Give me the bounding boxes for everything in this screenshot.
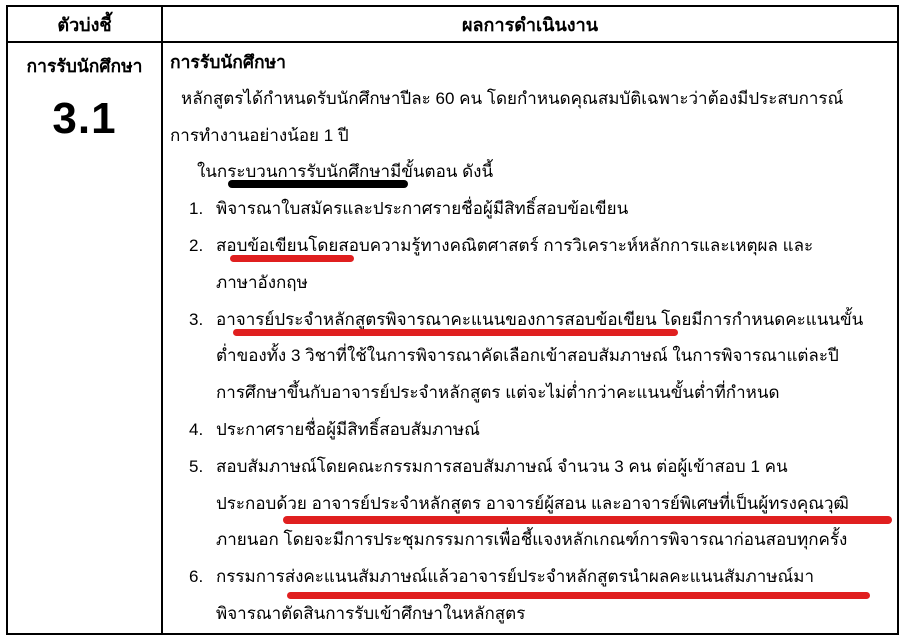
step-4-number: 4. <box>189 412 216 449</box>
step-2-number: 2. <box>189 228 216 265</box>
step-4: 4. ประกาศรายชื่อผู้มีสิทธิ์สอบสัมภาษณ์ <box>170 412 893 449</box>
step-6-text-line-1: กรรมการส่งคะแนนสัมภาษณ์แล้วอาจารย์ประจำห… <box>216 559 893 596</box>
black-marker-underline <box>228 180 408 188</box>
red-underline-step2 <box>230 255 354 262</box>
step-3-number: 3. <box>189 302 216 339</box>
step-6: 6. กรรมการส่งคะแนนสัมภาษณ์แล้วอาจารย์ประ… <box>170 559 893 596</box>
step-5: 5. สอบสัมภาษณ์โดยคณะกรรมการสอบสัมภาษณ์ จ… <box>170 449 893 486</box>
red-underline-step5 <box>283 516 892 524</box>
step-5-text-line-1: สอบสัมภาษณ์โดยคณะกรรมการสอบสัมภาษณ์ จำนว… <box>216 449 893 486</box>
indicator-cell: การรับนักศึกษา 3.1 <box>8 43 163 633</box>
step-6-number: 6. <box>189 559 216 596</box>
header-result-column: ผลการดำเนินงาน <box>163 7 897 41</box>
result-heading: การรับนักศึกษา <box>170 44 893 81</box>
result-cell: การรับนักศึกษา หลักสูตรได้กำหนดรับนักศึก… <box>163 43 897 633</box>
indicator-name: การรับนักศึกษา <box>8 52 161 80</box>
step-1-number: 1. <box>189 191 216 228</box>
table-body-row: การรับนักศึกษา 3.1 การรับนักศึกษา หลักสู… <box>8 43 897 633</box>
step-4-text: ประกาศรายชื่อผู้มีสิทธิ์สอบสัมภาษณ์ <box>216 412 893 449</box>
step-1: 1. พิจารณาใบสมัครและประกาศรายชื่อผู้มีสิ… <box>170 191 893 228</box>
step-5-text-line-3: ภายนอก โดยจะมีการประชุมกรรมการเพื่อชี้แจ… <box>170 522 893 559</box>
red-underline-step6 <box>287 592 870 599</box>
paragraph-line-2: การทำงานอย่างน้อย 1 ปี <box>170 118 893 155</box>
step-2-text-line-2: ภาษาอังกฤษ <box>170 265 893 302</box>
step-1-text: พิจารณาใบสมัครและประกาศรายชื่อผู้มีสิทธิ… <box>216 191 893 228</box>
indicator-number: 3.1 <box>8 94 161 144</box>
step-6-text-line-2: พิจารณาตัดสินการรับเข้าศึกษาในหลักสูตร <box>170 596 893 633</box>
indicator-result-table: ตัวบ่งชี้ ผลการดำเนินงาน การรับนักศึกษา … <box>6 5 899 635</box>
header-indicator-column: ตัวบ่งชี้ <box>8 7 163 41</box>
step-3-text-line-3: การศึกษาขึ้นกับอาจารย์ประจำหลักสูตร แต่จ… <box>170 375 893 412</box>
step-3-text-line-2: ต่ำของทั้ง 3 วิชาที่ใช้ในการพิจารณาคัดเล… <box>170 338 893 375</box>
paragraph-line-1: หลักสูตรได้กำหนดรับนักศึกษาปีละ 60 คน โด… <box>170 81 893 118</box>
step-5-number: 5. <box>189 449 216 486</box>
document-page: ตัวบ่งชี้ ผลการดำเนินงาน การรับนักศึกษา … <box>0 0 905 642</box>
table-header-row: ตัวบ่งชี้ ผลการดำเนินงาน <box>8 7 897 43</box>
red-underline-step3 <box>233 329 678 336</box>
